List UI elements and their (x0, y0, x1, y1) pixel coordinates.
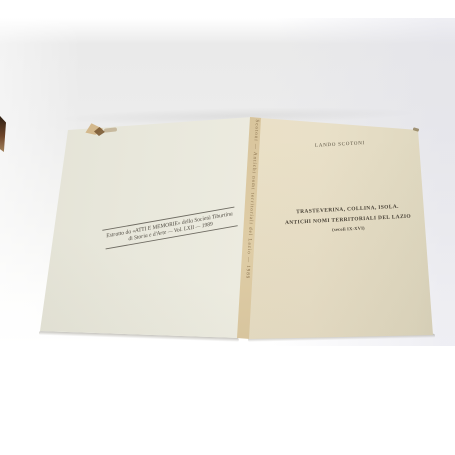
photo-of-offprint-booklet: Estratto da «ATTI E MEMORIE» della Socie… (0, 0, 455, 455)
